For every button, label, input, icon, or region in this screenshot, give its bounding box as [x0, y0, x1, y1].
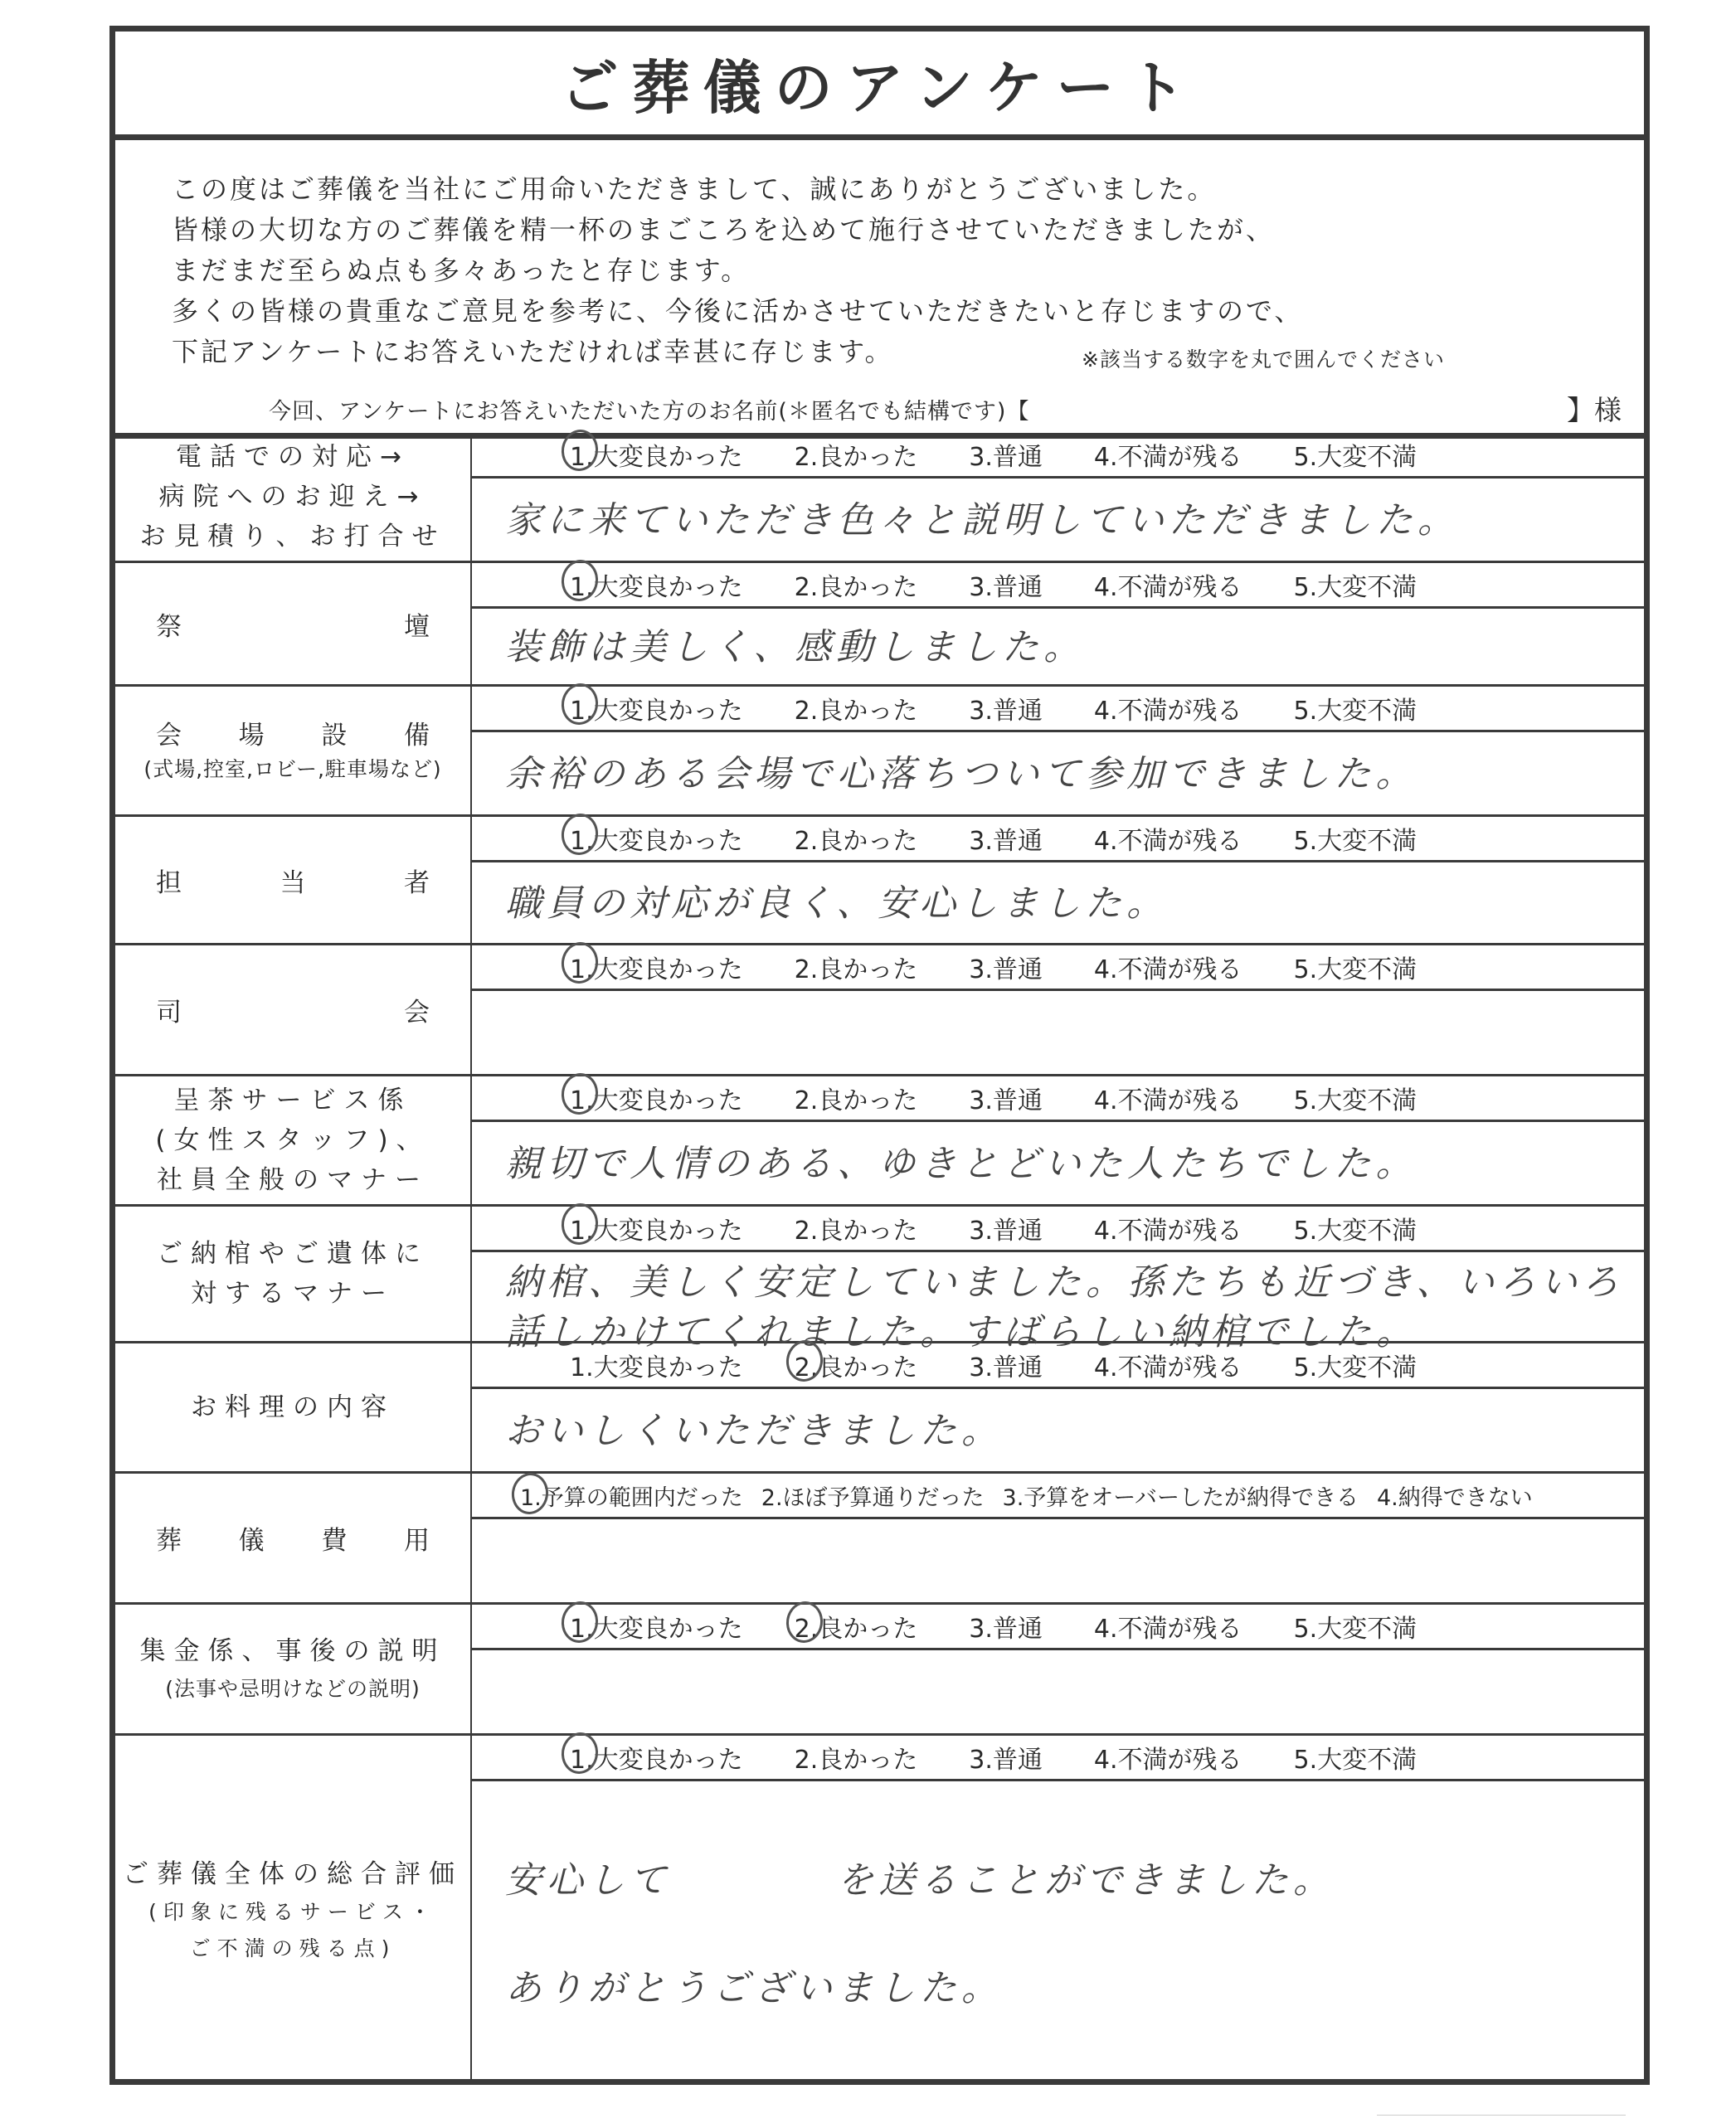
rating-option-5[interactable]: 5.大変不満 [1294, 820, 1417, 857]
rating-option-1[interactable]: 1.大変良かった [570, 949, 743, 985]
question-label: お料理の内容 [115, 1343, 472, 1471]
rating-option-2[interactable]: 2.良かった [795, 1608, 918, 1644]
selected-circle-icon [783, 1338, 825, 1384]
rating-option-1[interactable]: 1.大変良かった [570, 1210, 743, 1246]
rating-options: 1.大変良かった2.良かった3.普通4.不満が残る5.大変不満 [472, 563, 1644, 609]
label-main: 電話での対応→ [176, 437, 410, 477]
handwritten-comment: 職員の対応が良く、安心しました。 [505, 879, 1627, 929]
rating-option-1[interactable]: 1.大変良かった [570, 1080, 743, 1116]
rating-option-1[interactable]: 1.大変良かった [570, 1608, 743, 1644]
rating-option-5[interactable]: 5.大変不満 [1294, 1080, 1417, 1116]
rating-option-4[interactable]: 4.不満が残る [1094, 1608, 1242, 1644]
rating-option-2[interactable]: 2.ほぼ予算通りだった [761, 1479, 985, 1512]
rating-option-2[interactable]: 2.良かった [795, 949, 918, 985]
rating-option-3[interactable]: 3.普通 [969, 1608, 1043, 1644]
rating-options: 1.大変良かった2.良かった3.普通4.不満が残る5.大変不満 [472, 817, 1644, 862]
selected-circle-icon [559, 681, 601, 727]
label-sub: (法事や忌明けなどの説明) [165, 1671, 421, 1708]
handwritten-comment: 余裕のある会場で心落ちついて参加できました。 [505, 750, 1627, 799]
selected-circle-icon [559, 1071, 601, 1117]
rating-options: 1.予算の範囲内だった2.ほぼ予算通りだった3.予算をオーバーしたが納得できる4… [472, 1474, 1644, 1519]
question-label: 会場設備(式場,控室,ロビー,駐車場など) [115, 687, 472, 814]
intro-line: まだまだ至らぬ点も多々あったと存じます。 [172, 250, 1303, 291]
rating-option-3[interactable]: 3.普通 [969, 820, 1043, 857]
label-sub: (式場,控室,ロビー,駐車場など) [143, 751, 441, 788]
label-main: 司会 [156, 991, 430, 1028]
rating-option-2[interactable]: 2.良かった [795, 1739, 918, 1776]
rating-option-3[interactable]: 3.普通 [969, 1210, 1043, 1246]
question-label: 集金係、事後の説明(法事や忌明けなどの説明) [115, 1605, 472, 1733]
selected-circle-icon [559, 811, 601, 857]
title-box: ご葬儀のアンケート [115, 32, 1644, 140]
handwritten-comment: おいしくいただきました。 [505, 1406, 1627, 1456]
rating-options: 1.大変良かった2.良かった3.普通4.不満が残る5.大変不満 [472, 1076, 1644, 1122]
rating-option-3[interactable]: 3.普通 [969, 690, 1043, 726]
rating-option-4[interactable]: 4.不満が残る [1094, 949, 1242, 985]
rating-option-2[interactable]: 2.良かった [795, 1210, 918, 1246]
label-main: 集金係、事後の説明 [140, 1631, 446, 1671]
rating-option-4[interactable]: 4.不満が残る [1094, 1080, 1242, 1116]
selected-circle-icon [509, 1470, 552, 1517]
rating-options: 1.大変良かった2.良かった3.普通4.不満が残る5.大変不満 [472, 1736, 1644, 1781]
rating-option-5[interactable]: 5.大変不満 [1294, 1347, 1417, 1383]
rating-option-3[interactable]: 3.普通 [969, 1080, 1043, 1116]
rating-option-1[interactable]: 1.大変良かった [570, 436, 743, 473]
label-main: ご葬儀全体の総合評価 [123, 1854, 463, 1894]
selected-circle-icon [783, 1599, 825, 1645]
question-label: 電話での対応→病院へのお迎え→お見積り、お打合せ [115, 433, 472, 561]
rating-option-3[interactable]: 3.普通 [969, 1739, 1043, 1776]
label-main: 祭壇 [156, 605, 430, 643]
question-row: 呈茶サービス係(女性スタッフ)、社員全般のマナー1.大変良かった2.良かった3.… [115, 1076, 1644, 1207]
handwritten-comment: 装飾は美しく、感動しました。 [505, 623, 1627, 673]
rating-options: 1.大変良かった2.良かった3.普通4.不満が残る5.大変不満 [472, 1207, 1644, 1252]
question-row: ご葬儀全体の総合評価(印象に残るサービス・ご不満の残る点)1.大変良かった2.良… [115, 1736, 1644, 2085]
rating-option-5[interactable]: 5.大変不満 [1294, 690, 1417, 726]
question-row: 電話での対応→病院へのお迎え→お見積り、お打合せ1.大変良かった2.良かった3.… [115, 433, 1644, 563]
rating-option-3[interactable]: 3.普通 [969, 566, 1043, 603]
label-main: ご納棺やご遺体に [157, 1234, 429, 1274]
instruction-note: ※該当する数字を丸で囲んでください [1082, 343, 1445, 373]
label-sub: ご不満の残る点) [190, 1931, 396, 1967]
selected-circle-icon [559, 1201, 601, 1247]
rating-option-1[interactable]: 1.予算の範囲内だった [520, 1479, 743, 1512]
question-row: お料理の内容1.大変良かった2.良かった3.普通4.不満が残る5.大変不満おいし… [115, 1343, 1644, 1474]
label-main: お料理の内容 [191, 1387, 395, 1427]
rating-option-5[interactable]: 5.大変不満 [1294, 949, 1417, 985]
rating-option-2[interactable]: 2.良かった [795, 1347, 918, 1383]
page-title: ご葬儀のアンケート [561, 41, 1199, 125]
selected-circle-icon [559, 557, 601, 604]
rating-option-4[interactable]: 4.不満が残る [1094, 566, 1242, 603]
footer-mark [1377, 2115, 1626, 2123]
label-main: 担当者 [156, 862, 430, 899]
rating-option-3[interactable]: 3.普通 [969, 1347, 1043, 1383]
rating-option-5[interactable]: 5.大変不満 [1294, 436, 1417, 473]
rating-option-1[interactable]: 1.大変良かった [570, 1739, 743, 1776]
intro-line: この度はご葬儀を当社にご用命いただきまして、誠にありがとうございました。 [172, 169, 1303, 210]
rating-option-3[interactable]: 3.予算をオーバーしたが納得できる [1003, 1479, 1359, 1512]
label-main: お見積り、お打合せ [140, 517, 446, 556]
rating-option-4[interactable]: 4.納得できない [1377, 1479, 1533, 1512]
name-label: 今回、アンケートにお答えいただいた方のお名前(＊匿名でも結構です)【 [269, 393, 1029, 425]
question-label: 祭壇 [115, 563, 472, 684]
selected-circle-icon [559, 427, 601, 474]
label-main: 社員全般のマナー [157, 1160, 429, 1200]
rating-option-4[interactable]: 4.不満が残る [1094, 690, 1242, 726]
label-sub: (印象に残るサービス・ [148, 1894, 437, 1931]
rating-option-2[interactable]: 2.良かった [795, 1080, 918, 1116]
handwritten-comment: 納棺、美しく安定していました。孫たちも近づき、いろいろ話しかけてくれました。すば… [505, 1258, 1627, 1358]
rating-option-5[interactable]: 5.大変不満 [1294, 1739, 1417, 1776]
label-main: 対するマナー [191, 1274, 395, 1314]
handwritten-comment: 家に来ていただき色々と説明していただきました。 [505, 496, 1627, 546]
question-row: 祭壇1.大変良かった2.良かった3.普通4.不満が残る5.大変不満装飾は美しく、… [115, 563, 1644, 687]
name-suffix: 】様 [1567, 389, 1622, 428]
rating-option-5[interactable]: 5.大変不満 [1294, 1608, 1417, 1644]
rating-option-4[interactable]: 4.不満が残る [1094, 436, 1242, 473]
rating-option-4[interactable]: 4.不満が残る [1094, 1210, 1242, 1246]
rating-option-5[interactable]: 5.大変不満 [1294, 1210, 1417, 1246]
question-label: 葬儀費用 [115, 1474, 472, 1602]
intro-line: 皆様の大切な方のご葬儀を精一杯のまごころを込めて施行させていただきましたが、 [172, 210, 1303, 250]
label-main: (女性スタッフ)、 [155, 1120, 430, 1160]
survey-sheet: ご葬儀のアンケート この度はご葬儀を当社にご用命いただきまして、誠にありがとうご… [109, 26, 1650, 2085]
rating-option-1[interactable]: 1.大変良かった [570, 1347, 743, 1383]
question-row: 集金係、事後の説明(法事や忌明けなどの説明)1.大変良かった2.良かった3.普通… [115, 1605, 1644, 1736]
rating-option-1[interactable]: 1.大変良かった [570, 690, 743, 726]
intro-text: この度はご葬儀を当社にご用命いただきまして、誠にありがとうございました。 皆様の… [172, 169, 1303, 372]
selected-circle-icon [559, 1730, 601, 1776]
rating-options: 1.大変良かった2.良かった3.普通4.不満が残る5.大変不満 [472, 1343, 1644, 1389]
rating-option-3[interactable]: 3.普通 [969, 949, 1043, 985]
rating-options: 1.大変良かった2.良かった3.普通4.不満が残る5.大変不満 [472, 687, 1644, 732]
rating-option-2[interactable]: 2.良かった [795, 690, 918, 726]
question-label: 担当者 [115, 817, 472, 943]
intro-section: この度はご葬儀を当社にご用命いただきまして、誠にありがとうございました。 皆様の… [115, 140, 1644, 439]
rating-options: 1.大変良かった2.良かった3.普通4.不満が残る5.大変不満 [472, 945, 1644, 991]
question-label: 呈茶サービス係(女性スタッフ)、社員全般のマナー [115, 1076, 472, 1204]
intro-line: 多くの皆様の貴重なご意見を参考に、今後に活かさせていただきたいと存じますので、 [172, 291, 1303, 332]
rating-option-2[interactable]: 2.良かった [795, 436, 918, 473]
question-row: 司会1.大変良かった2.良かった3.普通4.不満が残る5.大変不満 [115, 945, 1644, 1076]
handwritten-comment: 親切で人情のある、ゆきとどいた人たちでした。 [505, 1139, 1627, 1189]
handwritten-comment: 安心して を送ることができました。ありがとうございました。 [505, 1827, 1627, 2043]
rating-options: 1.大変良かった2.良かった3.普通4.不満が残る5.大変不満 [472, 433, 1644, 479]
question-row: 担当者1.大変良かった2.良かった3.普通4.不満が残る5.大変不満職員の対応が… [115, 817, 1644, 945]
rating-option-2[interactable]: 2.良かった [795, 566, 918, 603]
question-row: ご納棺やご遺体に対するマナー1.大変良かった2.良かった3.普通4.不満が残る5… [115, 1207, 1644, 1343]
rating-option-2[interactable]: 2.良かった [795, 820, 918, 857]
rating-option-1[interactable]: 1.大変良かった [570, 566, 743, 603]
question-label: ご納棺やご遺体に対するマナー [115, 1207, 472, 1341]
rating-option-5[interactable]: 5.大変不満 [1294, 566, 1417, 603]
question-label: ご葬儀全体の総合評価(印象に残るサービス・ご不満の残る点) [115, 1736, 472, 2085]
label-main: 葬儀費用 [156, 1519, 430, 1557]
question-row: 葬儀費用1.予算の範囲内だった2.ほぼ予算通りだった3.予算をオーバーしたが納得… [115, 1474, 1644, 1605]
selected-circle-icon [559, 1599, 601, 1645]
question-row: 会場設備(式場,控室,ロビー,駐車場など)1.大変良かった2.良かった3.普通4… [115, 687, 1644, 817]
label-main: 会場設備 [156, 714, 430, 751]
rating-option-4[interactable]: 4.不満が残る [1094, 1347, 1242, 1383]
label-main: 病院へのお迎え→ [159, 477, 427, 517]
selected-circle-icon [559, 940, 601, 986]
rating-option-3[interactable]: 3.普通 [969, 436, 1043, 473]
label-main: 呈茶サービス係 [174, 1081, 412, 1120]
question-label: 司会 [115, 945, 472, 1074]
rating-option-4[interactable]: 4.不満が残る [1094, 820, 1242, 857]
rating-options: 1.大変良かった2.良かった3.普通4.不満が残る5.大変不満 [472, 1605, 1644, 1650]
rating-option-1[interactable]: 1.大変良かった [570, 820, 743, 857]
rating-option-4[interactable]: 4.不満が残る [1094, 1739, 1242, 1776]
